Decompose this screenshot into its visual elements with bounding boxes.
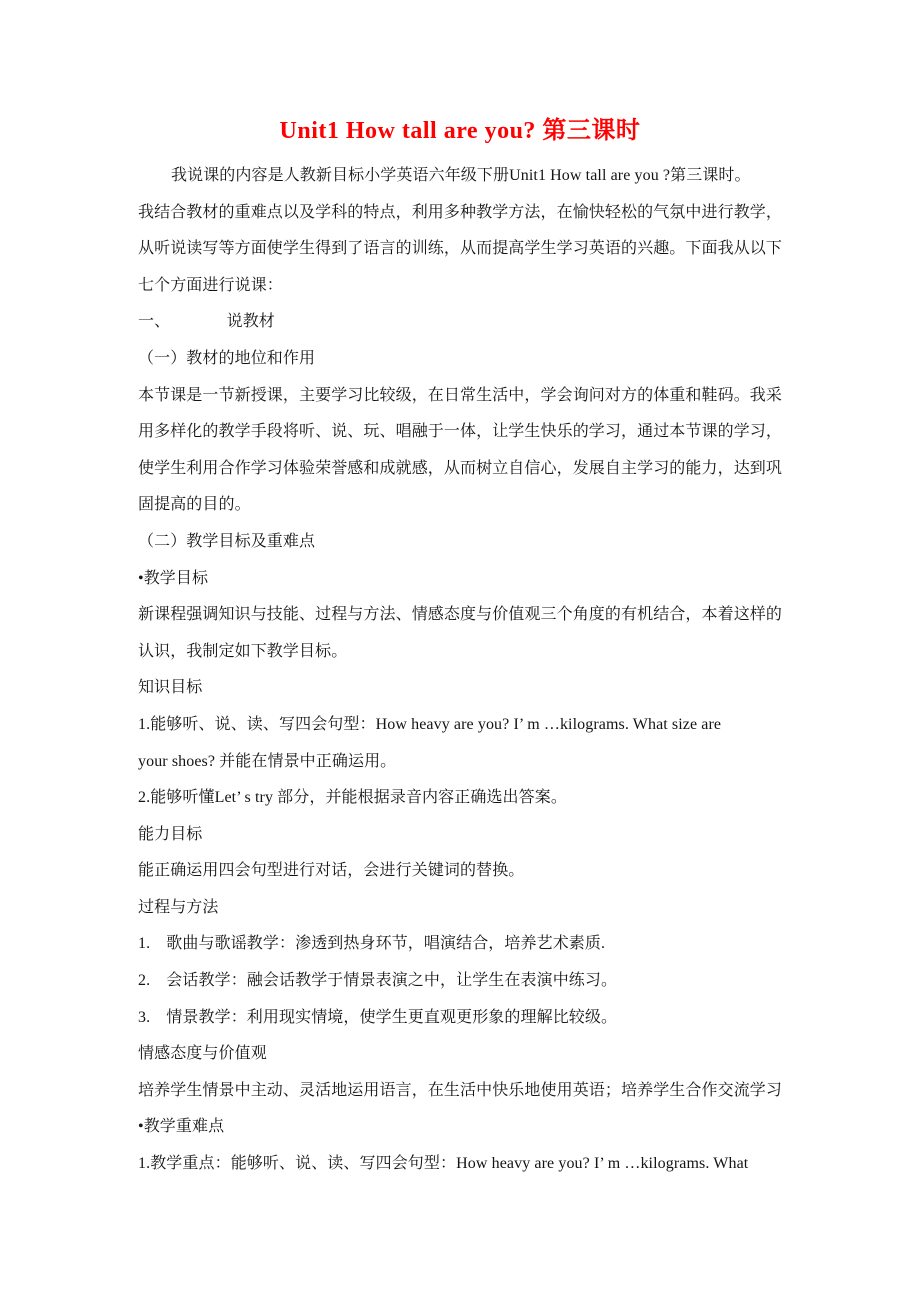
key-point-1-line-1: 1.教学重点：能够听、说、读、写四会句型：How heavy are you? …: [138, 1146, 798, 1183]
subsection-1-2-heading: （二）教学目标及重难点: [138, 524, 798, 561]
knowledge-goal-1-line-1: 1.能够听、说、读、写四会句型：How heavy are you? I’ m …: [138, 707, 798, 744]
knowledge-goal-1-line-2: your shoes? 并能在情景中正确运用。: [138, 744, 798, 781]
method-item-2: 2. 会话教学：融会话教学于情景表演之中，让学生在表演中练习。: [138, 963, 798, 1000]
goals-intro-line-2: 认识，我制定如下教学目标。: [138, 634, 798, 671]
material-role-line-1: 本节课是一节新授课，主要学习比较级，在日常生活中，学会询问对方的体重和鞋码。我采: [138, 378, 798, 415]
material-role-line-3: 使学生利用合作学习体验荣誉感和成就感，从而树立自信心，发展自主学习的能力，达到巩: [138, 451, 798, 488]
subsection-1-1-heading: （一）教材的地位和作用: [138, 341, 798, 378]
ability-goal-line: 能正确运用四会句型进行对话，会进行关键词的替换。: [138, 853, 798, 890]
affect-values-line: 培养学生情景中主动、灵活地运用语言，在生活中快乐地使用英语；培养学生合作交流学习: [138, 1073, 798, 1110]
goals-intro-line-1: 新课程强调知识与技能、过程与方法、情感态度与价值观三个角度的有机结合，本着这样的: [138, 597, 798, 634]
material-role-line-2: 用多样化的教学手段将听、说、玩、唱融于一体，让学生快乐的学习，通过本节课的学习，: [138, 414, 798, 451]
intro-line-2: 我结合教材的重难点以及学科的特点，利用多种教学方法，在愉快轻松的气氛中进行教学，: [138, 195, 798, 232]
process-methods-heading: 过程与方法: [138, 890, 798, 927]
method-item-1: 1. 歌曲与歌谣教学：渗透到热身环节，唱演结合，培养艺术素质.: [138, 926, 798, 963]
bullet-teaching-goals: •教学目标: [138, 561, 798, 598]
document-page: Unit1 How tall are you? 第三课时 我说课的内容是人教新目…: [0, 0, 920, 1302]
intro-line-4: 七个方面进行说课：: [138, 268, 798, 305]
knowledge-goal-2: 2.能够听懂Let’ s try 部分，并能根据录音内容正确选出答案。: [138, 780, 798, 817]
section-1-heading: 一、 说教材: [138, 304, 798, 341]
intro-line-3: 从听说读写等方面使学生得到了语言的训练，从而提高学生学习英语的兴趣。下面我从以下: [138, 231, 798, 268]
intro-line-1: 我说课的内容是人教新目标小学英语六年级下册Unit1 How tall are …: [138, 158, 798, 195]
bullet-key-difficult-points: •教学重难点: [138, 1109, 798, 1146]
ability-goals-heading: 能力目标: [138, 817, 798, 854]
document-body: 我说课的内容是人教新目标小学英语六年级下册Unit1 How tall are …: [138, 158, 798, 1183]
document-title: Unit1 How tall are you? 第三课时: [0, 110, 920, 145]
material-role-line-4: 固提高的目的。: [138, 487, 798, 524]
knowledge-goals-heading: 知识目标: [138, 670, 798, 707]
method-item-3: 3. 情景教学：利用现实情境，使学生更直观更形象的理解比较级。: [138, 1000, 798, 1037]
affect-values-heading: 情感态度与价值观: [138, 1036, 798, 1073]
